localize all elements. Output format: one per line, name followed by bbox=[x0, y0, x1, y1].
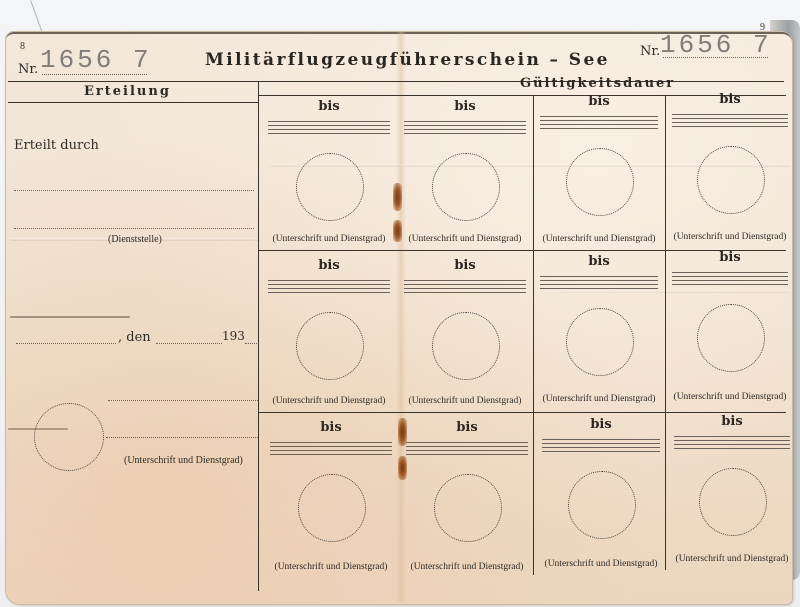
date-entry-lines[interactable] bbox=[540, 276, 658, 292]
section-divider bbox=[258, 81, 259, 591]
nr-label-left: Nr. bbox=[18, 62, 38, 77]
validity-cell-r1-c3[interactable]: bis (Unterschrift und Dienstgrad) bbox=[534, 90, 664, 250]
serial-number-left: 1656 7 bbox=[40, 45, 152, 75]
stamp-circle-icon bbox=[566, 148, 634, 216]
until-label: bis bbox=[398, 258, 532, 273]
signature-caption: (Unterschrift und Dienstgrad) bbox=[668, 554, 796, 564]
signature-caption: (Unterschrift und Dienstgrad) bbox=[666, 392, 794, 402]
validity-cell-r2-c2[interactable]: bis (Unterschrift und Dienstgrad) bbox=[398, 254, 532, 412]
until-label: bis bbox=[534, 254, 664, 269]
stamp-circle-icon bbox=[566, 308, 634, 376]
place-field[interactable] bbox=[16, 343, 116, 344]
validity-cell-r3-c4[interactable]: bis (Unterschrift und Dienstgrad) bbox=[668, 410, 796, 570]
stamp-circle-icon bbox=[298, 474, 366, 542]
stamp-circle-icon bbox=[697, 304, 765, 372]
date-entry-lines[interactable] bbox=[672, 272, 788, 288]
year-prefix: 193 bbox=[222, 329, 245, 343]
until-label: bis bbox=[262, 99, 396, 114]
date-entry-lines[interactable] bbox=[540, 116, 658, 132]
heading-erteilung: Erteilung bbox=[84, 84, 171, 99]
nr-label-right: Nr. bbox=[640, 44, 660, 59]
signature-caption: (Unterschrift und Dienstgrad) bbox=[534, 234, 664, 244]
stamp-circle-icon bbox=[699, 468, 767, 536]
signature-caption: (Unterschrift und Dienstgrad) bbox=[400, 562, 534, 572]
serial-number-right: 1656 7 bbox=[660, 30, 772, 60]
until-label: bis bbox=[666, 92, 794, 107]
date-connector: , den bbox=[118, 330, 151, 345]
validity-cell-r2-c3[interactable]: bis (Unterschrift und Dienstgrad) bbox=[534, 250, 664, 410]
left-heading-rule bbox=[8, 102, 258, 103]
date-entry-lines[interactable] bbox=[270, 442, 392, 458]
signature-line-1[interactable] bbox=[108, 400, 258, 401]
validity-cell-r3-c2[interactable]: bis (Unterschrift und Dienstgrad) bbox=[400, 416, 534, 578]
signature-caption: (Unterschrift und Dienstgrad) bbox=[262, 234, 396, 244]
date-entry-lines[interactable] bbox=[404, 280, 526, 296]
signature-caption: (Unterschrift und Dienstgrad) bbox=[534, 394, 664, 404]
year-field[interactable] bbox=[245, 343, 257, 344]
stamp-circle-icon bbox=[432, 153, 500, 221]
stamp-circle-icon bbox=[697, 146, 765, 214]
signature-line-2[interactable] bbox=[106, 437, 258, 438]
issued-by-label: Erteilt durch bbox=[14, 138, 99, 153]
signature-caption-left: (Unterschrift und Dienstgrad) bbox=[124, 455, 243, 466]
stamp-circle-icon bbox=[432, 312, 500, 380]
signature-caption: (Unterschrift und Dienstgrad) bbox=[264, 562, 398, 572]
until-label: bis bbox=[264, 420, 398, 435]
document-title: Militärflugzeugführerschein – See bbox=[205, 50, 610, 70]
until-label: bis bbox=[668, 414, 796, 429]
validity-cell-r1-c1[interactable]: bis (Unterschrift und Dienstgrad) bbox=[262, 95, 396, 250]
stamp-circle-icon bbox=[434, 474, 502, 542]
stamp-circle-icon bbox=[568, 471, 636, 539]
until-label: bis bbox=[536, 417, 666, 432]
seal-circle-icon bbox=[34, 403, 104, 471]
until-label: bis bbox=[666, 250, 794, 265]
issued-by-field-line-2[interactable] bbox=[14, 228, 254, 229]
validity-cell-r2-c4[interactable]: bis (Unterschrift und Dienstgrad) bbox=[666, 246, 794, 408]
validity-cell-r1-c4[interactable]: bis (Unterschrift und Dienstgrad) bbox=[666, 88, 794, 248]
signature-caption: (Unterschrift und Dienstgrad) bbox=[262, 396, 396, 406]
heading-gueltigkeitsdauer: Gültigkeitsdauer bbox=[520, 76, 675, 91]
date-field[interactable] bbox=[156, 343, 222, 344]
until-label: bis bbox=[400, 420, 534, 435]
issued-by-field-line-1[interactable] bbox=[14, 190, 254, 191]
until-label: bis bbox=[534, 94, 664, 109]
paper-tear bbox=[10, 316, 130, 318]
until-label: bis bbox=[262, 258, 396, 273]
date-entry-lines[interactable] bbox=[542, 439, 660, 455]
page-number-left: 8 bbox=[20, 41, 25, 52]
until-label: bis bbox=[398, 99, 532, 114]
office-caption: (Dienststelle) bbox=[108, 234, 162, 245]
stamp-circle-icon bbox=[296, 153, 364, 221]
date-entry-lines[interactable] bbox=[268, 280, 390, 296]
signature-caption: (Unterschrift und Dienstgrad) bbox=[666, 232, 794, 242]
date-entry-lines[interactable] bbox=[268, 121, 390, 137]
validity-cell-r3-c1[interactable]: bis (Unterschrift und Dienstgrad) bbox=[264, 416, 398, 578]
date-entry-lines[interactable] bbox=[672, 114, 788, 130]
stamp-circle-icon bbox=[296, 312, 364, 380]
validity-cell-r1-c2[interactable]: bis (Unterschrift und Dienstgrad) bbox=[398, 95, 532, 250]
date-entry-lines[interactable] bbox=[404, 121, 526, 137]
validity-cell-r3-c3[interactable]: bis (Unterschrift und Dienstgrad) bbox=[536, 413, 666, 575]
signature-caption: (Unterschrift und Dienstgrad) bbox=[398, 396, 532, 406]
signature-caption: (Unterschrift und Dienstgrad) bbox=[536, 559, 666, 569]
date-entry-lines[interactable] bbox=[674, 436, 790, 452]
date-entry-lines[interactable] bbox=[406, 442, 528, 458]
signature-caption: (Unterschrift und Dienstgrad) bbox=[398, 234, 532, 244]
validity-cell-r2-c1[interactable]: bis (Unterschrift und Dienstgrad) bbox=[262, 254, 396, 412]
